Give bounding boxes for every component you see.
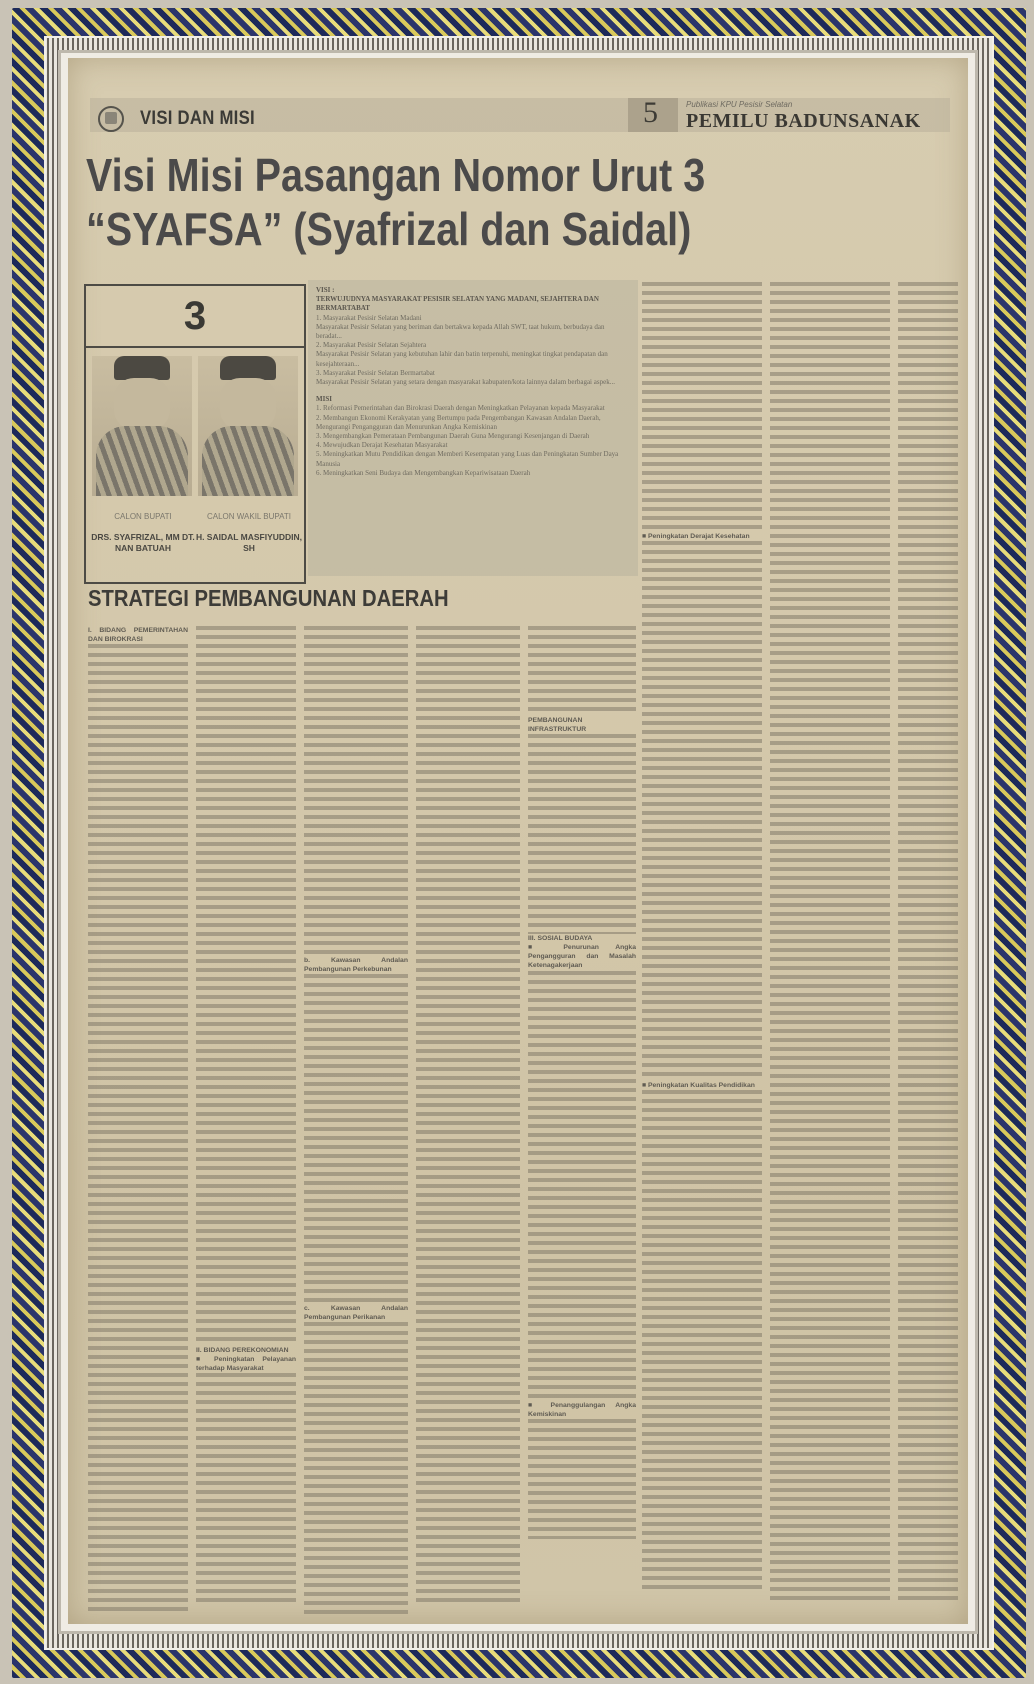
face bbox=[114, 378, 170, 430]
visi-point: Masyarakat Pesisir Selatan yang beriman … bbox=[316, 323, 630, 341]
peci-hat-icon bbox=[220, 356, 276, 380]
text-block bbox=[416, 626, 520, 1606]
section-label: VISI DAN MISI bbox=[140, 108, 255, 130]
text-block bbox=[304, 974, 408, 1304]
text-block bbox=[196, 626, 296, 1346]
text-block bbox=[88, 644, 188, 1614]
subheading: b. Kawasan Andalan Pembangunan Perkebuna… bbox=[304, 956, 408, 974]
subheading: ■ Peningkatan Pelayanan terhadap Masyara… bbox=[196, 1355, 296, 1373]
subheading: ■ Peningkatan Derajat Kesehatan bbox=[642, 532, 762, 541]
subheading: III. SOSIAL BUDAYA bbox=[528, 934, 636, 943]
page-number: 5 bbox=[643, 96, 658, 130]
songket-scarf bbox=[96, 426, 188, 496]
text-block bbox=[770, 282, 890, 1602]
visi-statement: TERWUJUDNYA MASYARAKAT PESISIR SELATAN Y… bbox=[316, 295, 630, 313]
article-column-5: PEMBANGUNAN INFRASTRUKTUR III. SOSIAL BU… bbox=[528, 626, 636, 1616]
candidate-box: 3 CALON BUPATI DRS. SYAFRIZAL, MM DT. NA… bbox=[84, 284, 306, 584]
misi-point: 1. Reformasi Pemerintahan dan Birokrasi … bbox=[316, 404, 630, 413]
text-block bbox=[642, 1090, 762, 1590]
subheading: ■ Penurunan Angka Pengangguran dan Masal… bbox=[528, 943, 636, 970]
misi-point: 3. Mengembangkan Pemerataan Pembangunan … bbox=[316, 432, 630, 441]
headline-line-1: Visi Misi Pasangan Nomor Urut 3 bbox=[86, 148, 705, 202]
text-block bbox=[528, 971, 636, 1401]
headline-line-2: “SYAFSA” (Syafrizal dan Saidal) bbox=[86, 202, 705, 256]
article-column-3: b. Kawasan Andalan Pembangunan Perkebuna… bbox=[304, 626, 408, 1616]
article-column-7 bbox=[770, 282, 890, 1612]
candidate-role-left: CALON BUPATI bbox=[88, 512, 198, 521]
subheading: ■ Peningkatan Kualitas Pendidikan bbox=[642, 1081, 762, 1090]
visi-point: Masyarakat Pesisir Selatan yang kebutuha… bbox=[316, 350, 630, 368]
text-block bbox=[528, 734, 636, 934]
candidate-role-right: CALON WAKIL BUPATI bbox=[194, 512, 304, 521]
misi-point: 5. Meningkatkan Mutu Pendidikan dengan M… bbox=[316, 450, 630, 468]
kpu-logo-icon bbox=[98, 106, 124, 132]
misi-label: MISI bbox=[316, 395, 630, 404]
songket-scarf bbox=[202, 426, 294, 496]
text-block bbox=[528, 626, 636, 716]
visi-label: VISI : bbox=[316, 286, 630, 295]
candidate-photo-wakil-bupati bbox=[198, 356, 298, 496]
visi-point: 2. Masyarakat Pesisir Selatan Sejahtera bbox=[316, 341, 630, 350]
text-block bbox=[528, 1419, 636, 1539]
face bbox=[220, 378, 276, 430]
article-column-8 bbox=[898, 282, 958, 1612]
article-column-4 bbox=[416, 626, 520, 1616]
visi-misi-box: VISI : TERWUJUDNYA MASYARAKAT PESISIR SE… bbox=[308, 280, 638, 576]
text-block bbox=[304, 1322, 408, 1616]
article-column-2: II. BIDANG PEREKONOMIAN ■ Peningkatan Pe… bbox=[196, 626, 296, 1616]
newspaper-page: VISI DAN MISI 5 Publikasi KPU Pesisir Se… bbox=[68, 58, 968, 1624]
text-block bbox=[304, 626, 408, 956]
peci-hat-icon bbox=[114, 356, 170, 380]
visi-point: 1. Masyarakat Pesisir Selatan Madani bbox=[316, 314, 630, 323]
article-column-6: ■ Peningkatan Derajat Kesehatan ■ Pening… bbox=[642, 282, 762, 1612]
candidate-photo-bupati bbox=[92, 356, 192, 496]
subheading: II. BIDANG PEREKONOMIAN bbox=[196, 1346, 296, 1355]
text-block bbox=[642, 282, 762, 532]
candidate-name-right: H. SAIDAL MASFIYUDDIN, SH bbox=[194, 532, 304, 554]
misi-point: 2. Membangun Ekonomi Kerakyatan yang Ber… bbox=[316, 414, 630, 432]
publication-name: PEMILU BADUNSANAK bbox=[686, 110, 921, 133]
subheading: I. BIDANG PEMERINTAHAN DAN BIROKRASI bbox=[88, 626, 188, 644]
article-column-1: I. BIDANG PEMERINTAHAN DAN BIROKRASI bbox=[88, 626, 188, 1616]
text-block bbox=[196, 1373, 296, 1603]
text-block bbox=[642, 541, 762, 1081]
visi-point: 3. Masyarakat Pesisir Selatan Bermartaba… bbox=[316, 369, 630, 378]
headline: Visi Misi Pasangan Nomor Urut 3 “SYAFSA”… bbox=[86, 148, 705, 256]
publisher-label: Publikasi KPU Pesisir Selatan bbox=[686, 100, 792, 109]
subheading: c. Kawasan Andalan Pembangunan Perikanan bbox=[304, 1304, 408, 1322]
subheading: ■ Penanggulangan Angka Kemiskinan bbox=[528, 1401, 636, 1419]
text-block bbox=[898, 282, 958, 1602]
subheading: PEMBANGUNAN INFRASTRUKTUR bbox=[528, 716, 636, 734]
candidate-name-left: DRS. SYAFRIZAL, MM DT. NAN BATUAH bbox=[88, 532, 198, 554]
misi-point: 4. Mewujudkan Derajat Kesehatan Masyarak… bbox=[316, 441, 630, 450]
misi-point: 6. Meningkatkan Seni Budaya dan Mengemba… bbox=[316, 469, 630, 478]
candidate-number: 3 bbox=[86, 286, 304, 348]
visi-point: Masyarakat Pesisir Selatan yang setara d… bbox=[316, 378, 630, 387]
strategi-heading: STRATEGI PEMBANGUNAN DAERAH bbox=[88, 585, 449, 612]
